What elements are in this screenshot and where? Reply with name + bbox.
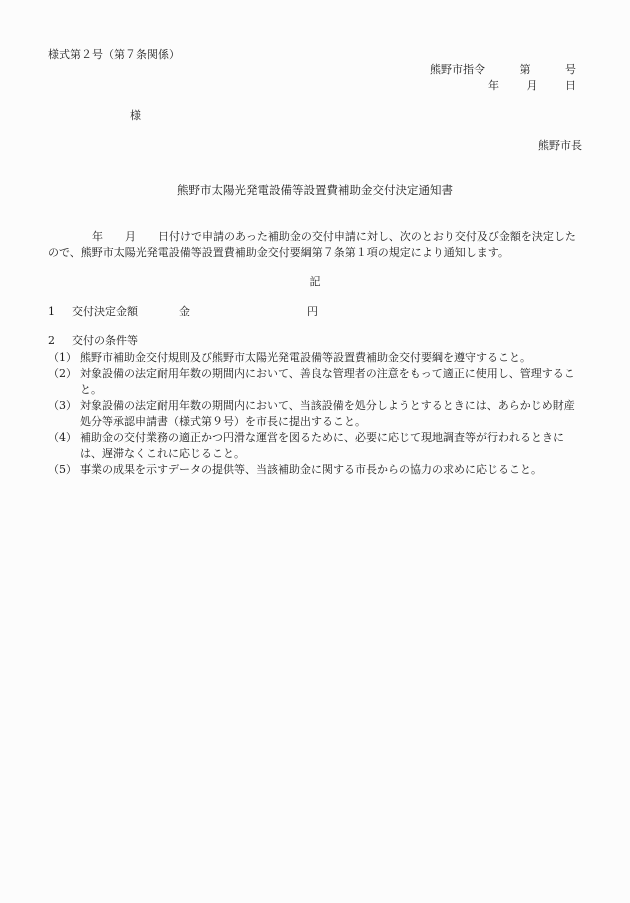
- item-grant-amount: 1 交付決定金額 金 円: [48, 305, 318, 319]
- condition-number: （5）: [48, 462, 80, 478]
- date-day: 日: [565, 79, 576, 93]
- date-year: 年: [488, 79, 499, 93]
- issue-date-line: 年 月 日: [488, 79, 576, 93]
- condition-text: 事業の成果を示すデータの提供等、当該補助金に関する市長からの協力の求めに応じるこ…: [80, 462, 584, 478]
- condition-item: （4） 補助金の交付業務の適正かつ円滑な運営を図るために、必要に応じて現地調査等…: [48, 430, 584, 462]
- item1-kin: 金: [179, 305, 307, 319]
- ki-heading: 記: [0, 275, 630, 289]
- directive-prefix: 熊野市指令: [430, 63, 485, 77]
- condition-number: （3）: [48, 398, 80, 430]
- condition-item: （3） 対象設備の法定耐用年数の期間内において、当該設備を処分しようとするときに…: [48, 398, 584, 430]
- condition-item: （5） 事業の成果を示すデータの提供等、当該補助金に関する市長からの協力の求めに…: [48, 462, 584, 478]
- condition-item: （1） 熊野市補助金交付規則及び熊野市太陽光発電設備等設置費補助金交付要綱を遵守…: [48, 350, 584, 366]
- addressee: 様: [130, 109, 141, 123]
- item2-number: 2: [48, 334, 72, 348]
- body-month: 月: [125, 230, 136, 243]
- condition-number: （1）: [48, 350, 80, 366]
- date-month: 月: [527, 79, 538, 93]
- condition-number: （2）: [48, 366, 80, 398]
- condition-text: 対象設備の法定耐用年数の期間内において、当該設備を処分しようとするときには、あら…: [80, 398, 584, 430]
- condition-text: 補助金の交付業務の適正かつ円滑な運営を図るために、必要に応じて現地調査等が行われ…: [80, 430, 584, 462]
- condition-text: 対象設備の法定耐用年数の期間内において、善良な管理者の注意をもって適正に使用し、…: [80, 366, 584, 398]
- body-year: 年: [92, 230, 103, 243]
- directive-go: 号: [565, 63, 576, 77]
- item1-label: 交付決定金額: [72, 305, 179, 319]
- conditions-list: （1） 熊野市補助金交付規則及び熊野市太陽光発電設備等設置費補助金交付要綱を遵守…: [48, 350, 584, 478]
- body-paragraph: 年月日付けで申請のあった補助金の交付申請に対し、次のとおり交付及び金額を決定した…: [48, 229, 584, 261]
- directive-number-line: 熊野市指令 第 号: [430, 63, 576, 77]
- condition-item: （2） 対象設備の法定耐用年数の期間内において、善良な管理者の注意をもって適正に…: [48, 366, 584, 398]
- item1-yen: 円: [307, 305, 318, 319]
- issuer: 熊野市長: [538, 139, 582, 153]
- condition-number: （4）: [48, 430, 80, 462]
- item1-number: 1: [48, 305, 72, 319]
- condition-text: 熊野市補助金交付規則及び熊野市太陽光発電設備等設置費補助金交付要綱を遵守すること…: [80, 350, 584, 366]
- item2-label: 交付の条件等: [72, 334, 138, 348]
- item-conditions-heading: 2 交付の条件等: [48, 334, 138, 348]
- document-title: 熊野市太陽光発電設備等設置費補助金交付決定通知書: [0, 183, 630, 197]
- form-number: 様式第２号（第７条関係）: [48, 48, 180, 62]
- directive-dai: 第: [520, 63, 531, 77]
